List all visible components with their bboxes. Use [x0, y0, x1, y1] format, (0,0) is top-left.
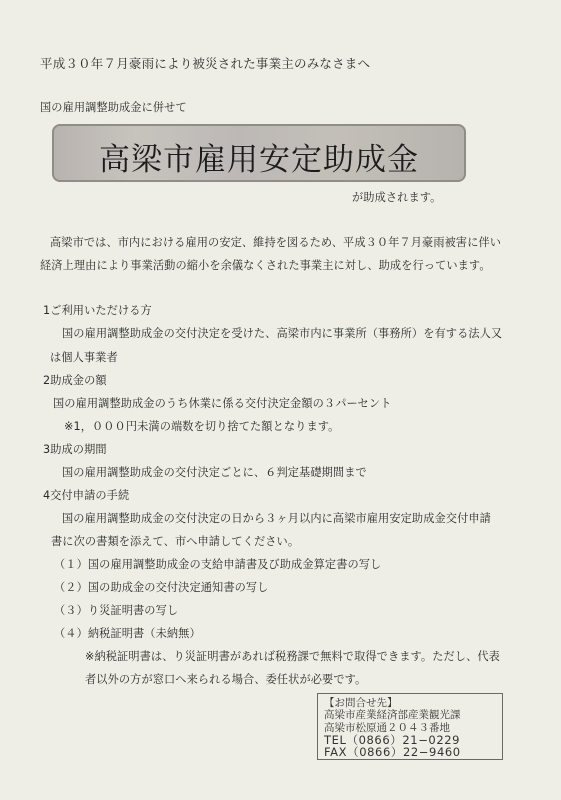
- contact-department: 高梁市産業経済部産業観光課: [324, 709, 502, 721]
- section-heading-amount: 2助成金の額: [43, 372, 107, 388]
- intro-line-1: 高梁市では、市内における雇用の安定、維持を図るため、平成３０年７月豪雨被害に伴い: [50, 234, 501, 250]
- document-item-2: （２）国の助成金の交付決定通知書の写し: [54, 579, 268, 595]
- contact-heading: 【お問合せ先】: [324, 697, 502, 709]
- intro-line-2: 経済上理由により事業活動の縮小を余儀なくされた事業主に対し、助成を行っています。: [40, 257, 491, 273]
- document-item-4: （４）納税証明書（未納無）: [54, 625, 201, 641]
- contact-fax: FAX（0866）22−9460: [324, 746, 502, 758]
- flyer-page: 平成３０年７月豪雨により被災された事業主のみなさまへ 国の雇用調整助成金に併せて…: [0, 0, 561, 800]
- section-heading-procedure: 4交付申請の手続: [43, 487, 129, 503]
- section-2-note: ※1，０００円未満の端数を切り捨てた額となります。: [64, 418, 339, 434]
- contact-box: 【お問合せ先】 高梁市産業経済部産業観光課 高梁市松原通２０４３番地 TEL（0…: [317, 693, 503, 760]
- section-3-line-1: 国の雇用調整助成金の交付決定ごとに、６判定基礎期間まで: [62, 464, 367, 480]
- greeting-line: 平成３０年７月豪雨により被災された事業主のみなさまへ: [40, 54, 370, 72]
- section-heading-period: 3助成の期間: [43, 441, 107, 457]
- tax-note-line-1: ※納税証明書は、り災証明書があれば税務課で無料で取得できます。ただし、代表: [85, 648, 500, 664]
- section-4-line-2: 書に次の書類を添えて、市へ申請してください。: [51, 533, 299, 549]
- section-heading-eligibility: 1ご利用いただける方: [43, 302, 152, 318]
- section-1-line-2: は個人事業者: [50, 349, 118, 365]
- section-1-line-1: 国の雇用調整助成金の交付決定を受けた、高梁市内に事業所（事務所）を有する法人又: [62, 325, 502, 341]
- tax-note-line-2: 者以外の方が窓口へ来られる場合、委任状が必要です。: [85, 671, 366, 687]
- document-item-1: （１）国の雇用調整助成金の支給申請書及び助成金算定書の写し: [54, 556, 381, 572]
- subtitle-line: 国の雇用調整助成金に併せて: [40, 99, 187, 115]
- title-banner: 高梁市雇用安定助成金: [52, 124, 466, 182]
- section-4-line-1: 国の雇用調整助成金の交付決定の日から３ヶ月以内に高梁市雇用安定助成金交付申請: [62, 510, 491, 526]
- title-suffix: が助成されます。: [352, 189, 441, 205]
- page-title: 高梁市雇用安定助成金: [54, 134, 464, 179]
- section-2-line-1: 国の雇用調整助成金のうち休業に係る交付決定金額の３パーセント: [53, 395, 391, 411]
- document-item-3: （３）り災証明書の写し: [54, 602, 178, 618]
